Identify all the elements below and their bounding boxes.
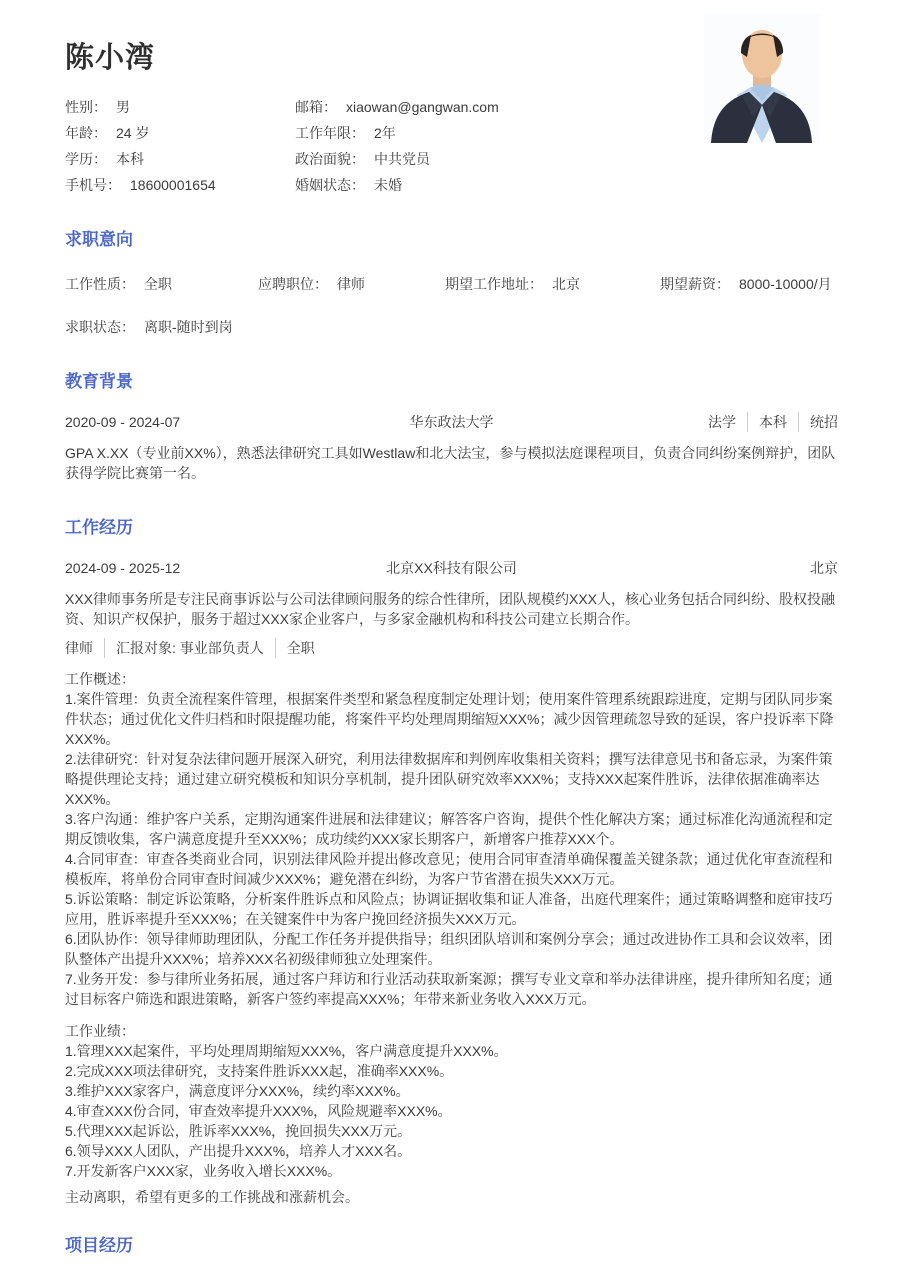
duty-item: 3.客户沟通：维护客户关系，定期沟通案件进展和法律建议；解答客户咨询，提供个性化… xyxy=(65,809,838,849)
field-value: 男 xyxy=(116,99,130,115)
job-intent-title: 求职意向 xyxy=(65,228,838,252)
achievement-item: 1.管理XXX起案件，平均处理周期缩短XXX%，客户满意度提升XXX%。 xyxy=(65,1041,838,1061)
field-value: xiaowan@gangwan.com xyxy=(346,99,499,115)
intent-field: 期望薪资：8000-10000/月 xyxy=(660,274,838,294)
basic-info-left-column: 性别：男年龄：24 岁学历：本科手机号：18600001654 xyxy=(65,97,295,195)
info-field: 政治面貌：中共党员 xyxy=(295,149,499,169)
info-field: 工作年限：2年 xyxy=(295,123,499,143)
education-tag: 法学 xyxy=(708,412,736,432)
field-value: 全职 xyxy=(144,276,172,292)
education-tag: 本科 xyxy=(747,412,787,432)
duty-item: 7.业务开发：参与律所业务拓展，通过客户拜访和行业活动获取新案源；撰写专业文章和… xyxy=(65,969,838,1009)
work-title: 工作经历 xyxy=(65,516,838,540)
field-label: 年龄： xyxy=(65,125,107,141)
field-label: 性别： xyxy=(65,99,107,115)
role-tag: 汇报对象: 事业部负责人 xyxy=(104,638,264,658)
field-value: 律师 xyxy=(337,276,365,292)
education-summary-row: 2020-09 - 2024-07 华东政法大学 法学本科统招 xyxy=(65,412,838,432)
projects-title: 项目经历 xyxy=(65,1234,838,1258)
duty-item: 4.合同审查：审查各类商业合同，识别法律风险并提出修改意见；使用合同审查清单确保… xyxy=(65,849,838,889)
intent-field: 应聘职位：律师 xyxy=(258,274,445,294)
achievement-item: 4.审查XXX份合同，审查效率提升XXX%，风险规避率XXX%。 xyxy=(65,1101,838,1121)
achievement-item: 2.完成XXX项法律研究，支持案件胜诉XXX起，准确率XXX%。 xyxy=(65,1061,838,1081)
achievement-item: 3.维护XXX家客户，满意度评分XXX%，续约率XXX%。 xyxy=(65,1081,838,1101)
education-title: 教育背景 xyxy=(65,370,838,394)
info-field: 年龄：24 岁 xyxy=(65,123,295,143)
work-role-tags: 律师汇报对象: 事业部负责人全职 xyxy=(65,638,838,658)
field-label: 手机号： xyxy=(65,177,121,193)
work-summary-row: 2024-09 - 2025-12 北京XX科技有限公司 北京 xyxy=(65,558,838,578)
achievement-list: 1.管理XXX起案件，平均处理周期缩短XXX%，客户满意度提升XXX%。2.完成… xyxy=(65,1041,838,1181)
field-label: 邮箱： xyxy=(295,99,337,115)
section-education: 教育背景 2020-09 - 2024-07 华东政法大学 法学本科统招 GPA… xyxy=(65,370,838,483)
field-value: 离职-随时到岗 xyxy=(144,319,233,335)
duty-item: 2.法律研究：针对复杂法律问题开展深入研究，利用法律数据库和判例库收集相关资料；… xyxy=(65,749,838,809)
work-duty-list: 1.案件管理：负责全流程案件管理，根据案件类型和紧急程度制定处理计划；使用案件管… xyxy=(65,689,838,1009)
field-label: 工作性质： xyxy=(65,276,135,292)
intent-field: 工作性质：全职 xyxy=(65,274,258,294)
work-period: 2024-09 - 2025-12 xyxy=(65,558,323,578)
field-label: 求职状态： xyxy=(65,319,135,335)
intent-field: 期望工作地址：北京 xyxy=(445,274,660,294)
profile-photo xyxy=(703,13,820,143)
duty-item: 5.诉讼策略：制定诉讼策略，分析案件胜诉点和风险点；协调证据收集和证人准备，出庭… xyxy=(65,889,838,929)
education-tags: 法学本科统招 xyxy=(580,412,838,432)
field-value: 18600001654 xyxy=(130,177,216,193)
field-value: 本科 xyxy=(116,151,144,167)
education-school: 华东政法大学 xyxy=(323,412,581,432)
field-value: 中共党员 xyxy=(374,151,430,167)
field-value: 北京 xyxy=(552,276,580,292)
field-label: 工作年限： xyxy=(295,125,365,141)
field-label: 学历： xyxy=(65,151,107,167)
field-label: 应聘职位： xyxy=(258,276,328,292)
role-tag: 律师 xyxy=(65,638,93,658)
job-seek-status: 求职状态：离职-随时到岗 xyxy=(65,317,838,337)
leave-reason: 主动离职，希望有更多的工作挑战和涨薪机会。 xyxy=(65,1187,838,1207)
info-field: 手机号：18600001654 xyxy=(65,175,295,195)
avatar-illustration xyxy=(703,13,820,143)
field-label: 期望工作地址： xyxy=(445,276,543,292)
basic-info-right-column: 邮箱：xiaowan@gangwan.com工作年限：2年政治面貌：中共党员婚姻… xyxy=(295,97,499,195)
info-field: 婚姻状态：未婚 xyxy=(295,175,499,195)
section-projects: 项目经历 xyxy=(65,1234,838,1258)
field-label: 期望薪资： xyxy=(660,276,730,292)
field-value: 2年 xyxy=(374,125,396,141)
work-overview-label: 工作概述： xyxy=(65,669,838,689)
field-label: 政治面貌： xyxy=(295,151,365,167)
achievement-item: 7.开发新客户XXX家，业务收入增长XXX%。 xyxy=(65,1161,838,1181)
info-field: 学历：本科 xyxy=(65,149,295,169)
resume-header: 陈小湾 性别：男年龄：24 岁学历：本科手机号：18600001654 邮箱：x… xyxy=(65,42,838,195)
resume-page: 陈小湾 性别：男年龄：24 岁学历：本科手机号：18600001654 邮箱：x… xyxy=(0,0,900,1275)
field-value: 未婚 xyxy=(374,177,402,193)
job-intent-fields: 工作性质：全职应聘职位：律师期望工作地址：北京期望薪资：8000-10000/月 xyxy=(65,274,838,294)
duty-item: 1.案件管理：负责全流程案件管理，根据案件类型和紧急程度制定处理计划；使用案件管… xyxy=(65,689,838,749)
info-field: 性别：男 xyxy=(65,97,295,117)
role-tag: 全职 xyxy=(275,638,315,658)
education-tag: 统招 xyxy=(798,412,838,432)
company-intro: XXX律师事务所是专注民商事诉讼与公司法律顾问服务的综合性律所，团队规模约XXX… xyxy=(65,589,838,629)
work-overview-block: 工作概述： 1.案件管理：负责全流程案件管理，根据案件类型和紧急程度制定处理计划… xyxy=(65,669,838,1009)
work-company: 北京XX科技有限公司 xyxy=(323,558,581,578)
work-location: 北京 xyxy=(580,558,838,578)
education-period: 2020-09 - 2024-07 xyxy=(65,412,323,432)
section-job-intent: 求职意向 工作性质：全职应聘职位：律师期望工作地址：北京期望薪资：8000-10… xyxy=(65,228,838,337)
info-field: 邮箱：xiaowan@gangwan.com xyxy=(295,97,499,117)
education-description: GPA X.XX（专业前XX%），熟悉法律研究工具如Westlaw和北大法宝，参… xyxy=(65,443,838,483)
achievement-item: 6.领导XXX人团队，产出提升XXX%，培养人才XXX名。 xyxy=(65,1141,838,1161)
field-value: 24 岁 xyxy=(116,125,149,141)
duty-item: 6.团队协作：领导律师助理团队，分配工作任务并提供指导；组织团队培训和案例分享会… xyxy=(65,929,838,969)
work-achievements-label: 工作业绩： xyxy=(65,1021,838,1041)
field-value: 8000-10000/月 xyxy=(739,276,832,292)
work-achievements-block: 工作业绩： 1.管理XXX起案件，平均处理周期缩短XXX%，客户满意度提升XXX… xyxy=(65,1021,838,1181)
section-work: 工作经历 2024-09 - 2025-12 北京XX科技有限公司 北京 XXX… xyxy=(65,516,838,1207)
achievement-item: 5.代理XXX起诉讼，胜诉率XXX%，挽回损失XXX万元。 xyxy=(65,1121,838,1141)
field-label: 婚姻状态： xyxy=(295,177,365,193)
